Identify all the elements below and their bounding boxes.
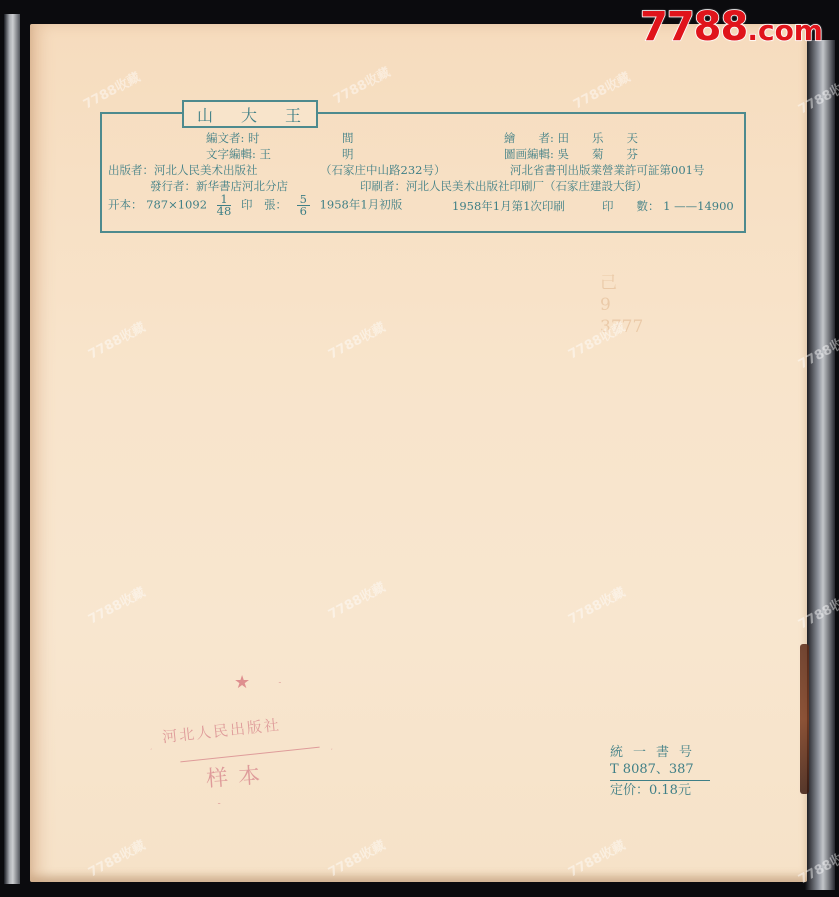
book-number-block: 統一書号 T 8087、387 定价：0.18元 <box>610 744 710 799</box>
illustrator-line: 繪 者: 田 乐 天 <box>504 130 638 146</box>
print-run-label: 印 數： <box>602 199 660 213</box>
format-line: 开本： 787×1092 1 48 印 張： 5 6 1958年1月初版 <box>108 194 402 217</box>
sheets-label: 印 張： <box>241 198 287 212</box>
format-fraction: 1 48 <box>217 194 232 217</box>
format-label: 开本： <box>108 198 143 212</box>
spine-stain <box>800 644 809 794</box>
printer: 印刷者：河北人民美术出版社印刷厂（石家庄建設大街） <box>360 178 648 194</box>
text-editor-name2: 明 <box>342 146 354 162</box>
colophon-box: 山 大 王 編文者: 时 間 文字編輯: 王 明 繪 者: 田 乐 天 圖画編輯… <box>100 112 746 233</box>
price: 定价：0.18元 <box>610 782 710 799</box>
title-char: 大 <box>241 103 259 126</box>
title-char: 山 <box>197 103 215 126</box>
publisher: 出版者：河北人民美术出版社 <box>108 162 258 178</box>
book-number-rule <box>610 780 710 781</box>
plastic-sleeve-right-edge <box>805 40 835 890</box>
text-editor-line: 文字編輯: 王 <box>206 146 271 162</box>
adapter-name2: 間 <box>342 130 354 146</box>
first-edition: 1958年1月初版 <box>320 198 403 212</box>
text-editor-name: 王 <box>260 147 272 161</box>
first-printing: 1958年1月第1次印刷 <box>452 198 565 214</box>
art-editor-name: 吳 菊 芬 <box>558 147 639 161</box>
book-number-title: 統一書号 <box>610 744 710 761</box>
art-editor-line: 圖画編輯: 吳 菊 芬 <box>504 146 638 162</box>
star-icon: ★ <box>234 672 250 693</box>
print-run-line: 印 數： 1 ——14900 <box>602 198 734 214</box>
adapter-name: 时 <box>248 131 260 145</box>
sample-stamp: ★ 河北人民出版社 样本 <box>132 668 360 818</box>
publisher-address: （石家庄中山路232号） <box>320 162 445 178</box>
text-editor-label: 文字編輯: <box>206 147 256 161</box>
stamp-label: 样本 <box>205 758 271 793</box>
publishing-license: 河北省書刊出版業營業許可証第001号 <box>510 162 704 178</box>
format-value: 787×1092 <box>146 198 207 212</box>
book-number: T 8087、387 <box>610 761 710 778</box>
adapter-label: 編文者: <box>206 131 244 145</box>
illustrator-label: 繪 者: <box>504 131 554 145</box>
distributor: 發行者：新华書店河北分店 <box>150 178 288 194</box>
book-title-box: 山 大 王 <box>182 100 318 128</box>
art-editor-label: 圖画編輯: <box>504 147 554 161</box>
site-logo: 7788.com <box>640 4 823 50</box>
illustrator-name: 田 乐 天 <box>558 131 639 145</box>
adapter-line: 編文者: 时 <box>206 130 260 146</box>
print-run-value: 1 ——14900 <box>663 199 734 213</box>
title-char: 王 <box>285 103 303 126</box>
sheets-fraction: 5 6 <box>297 194 310 217</box>
plastic-sleeve-left-edge <box>4 14 20 884</box>
